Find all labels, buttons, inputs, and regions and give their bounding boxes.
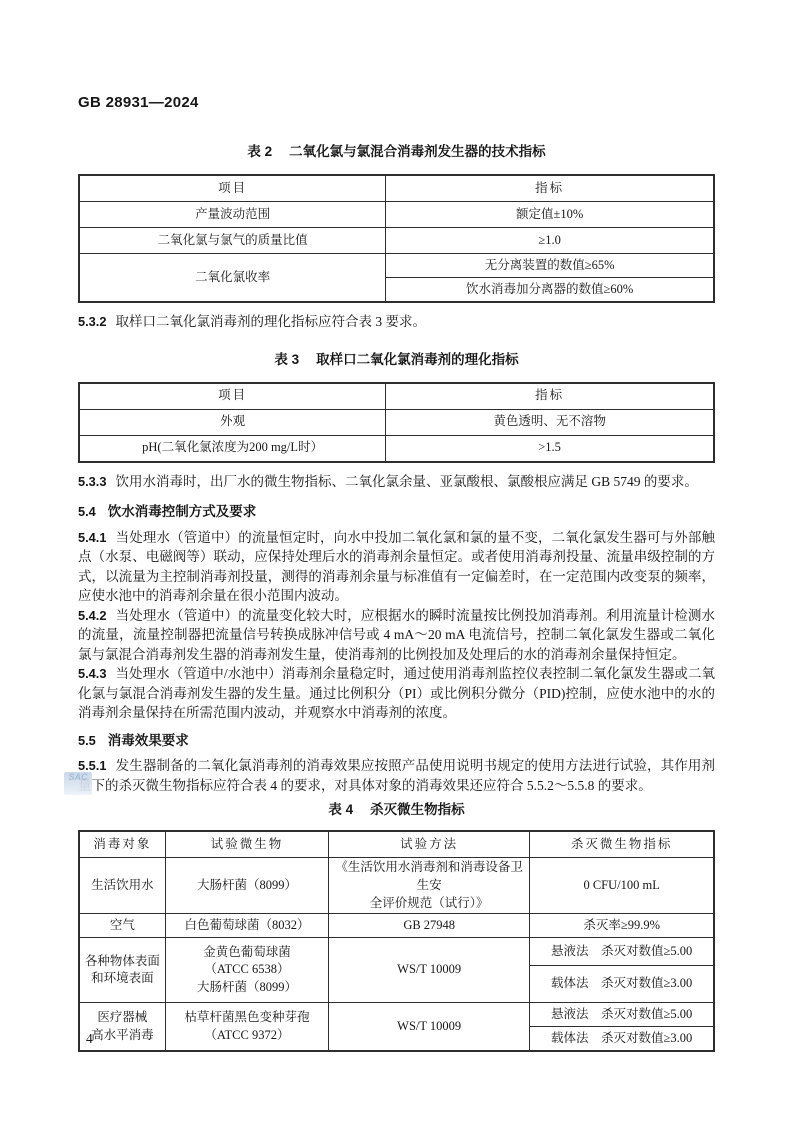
clause-5-4-3: 5.4.3当处理水（管道中/水池中）消毒剂余量稳定时，通过使用消毒剂监控仪表控制… [78, 664, 715, 723]
table-cell: 大肠杆菌（8099） [165, 858, 328, 914]
standard-number: GB 28931—2024 [78, 94, 715, 111]
document-page: GB 28931—2024 表 2二氧化氯与氯混合消毒剂发生器的技术指标 项目 … [0, 0, 794, 1123]
clause-number: 5.4.2 [78, 608, 106, 623]
table-cell: >1.5 [386, 435, 714, 462]
clause-number: 5.4 [78, 504, 96, 519]
clause-number: 5.4.1 [78, 530, 106, 545]
table4-caption-title: 杀灭微生物指标 [370, 802, 465, 817]
table3-header-item: 项目 [79, 383, 386, 410]
clause-text: 饮用水消毒时，出厂水的微生物指标、二氧化氯余量、亚氯酸根、氯酸根应满足 GB 5… [115, 474, 697, 489]
table-cell: 0 CFU/100 mL [530, 858, 714, 914]
table-cell: GB 27948 [329, 914, 530, 938]
clause-5-4-1: 5.4.1当处理水（管道中）的流量恒定时，向水中投加二氧化氯和氯的量不变，二氧化… [78, 528, 715, 606]
clause-number: 5.5.1 [78, 758, 106, 773]
table-cell: 黄色透明、无不溶物 [386, 409, 714, 435]
table-cell: 无分离装置的数值≥65% [386, 254, 714, 278]
table-cell: 悬液法 杀灭对数值≥5.00 [530, 1003, 714, 1027]
clause-number: 5.4.3 [78, 666, 106, 681]
clause-title: 饮水消毒控制方式及要求 [108, 504, 257, 519]
table-cell: 饮水消毒加分离器的数值≥60% [386, 278, 714, 303]
table-row: 空气 白色葡萄球菌（8032） GB 27948 杀灭率≥99.9% [79, 914, 714, 938]
clause-text: 当处理水（管道中/水池中）消毒剂余量稳定时，通过使用消毒剂监控仪表控制二氧化氯发… [78, 666, 715, 720]
table-cell: 各种物体表面 和环境表面 [79, 938, 165, 1003]
table3-header-indicator: 指标 [386, 383, 714, 410]
table-cell: 额定值±10% [386, 202, 714, 228]
table-3: 项目 指标 外观 黄色透明、无不溶物 pH(二氧化氯浓度为200 mg/L时） … [78, 382, 715, 463]
table4-header-target: 消毒对象 [79, 831, 165, 858]
table4-header-method: 试验方法 [329, 831, 530, 858]
table-row: 外观 黄色透明、无不溶物 [79, 409, 714, 435]
table2-header-indicator: 指标 [386, 175, 714, 202]
table-4: 消毒对象 试验微生物 试验方法 杀灭微生物指标 生活饮用水 大肠杆菌（8099）… [78, 830, 715, 1052]
table-row: pH(二氧化氯浓度为200 mg/L时） >1.5 [79, 435, 714, 462]
clause-number: 5.3.2 [78, 314, 106, 329]
table3-caption: 表 3取样口二氧化氯消毒剂的理化指标 [78, 348, 715, 368]
clause-text: 当处理水（管道中）的流量变化较大时，应根据水的瞬时流量按比例投加消毒剂。利用流量… [78, 608, 715, 662]
table-cell: 枯草杆菌黑色变种芽孢 （ATCC 9372） [165, 1003, 328, 1052]
table3-caption-title: 取样口二氧化氯消毒剂的理化指标 [316, 352, 519, 367]
sac-watermark-logo: SAC [64, 772, 92, 795]
table4-header-microbe: 试验微生物 [165, 831, 328, 858]
table-row: 二氧化氯与氯气的质量比值 ≥1.0 [79, 228, 714, 254]
clause-5-5-heading: 5.5消毒效果要求 [78, 731, 715, 751]
table-cell: 空气 [79, 914, 165, 938]
table-cell: 二氧化氯与氯气的质量比值 [79, 228, 386, 254]
table2-caption-title: 二氧化氯与氯混合消毒剂发生器的技术指标 [289, 144, 546, 159]
table-cell: 载体法 杀灭对数值≥3.00 [530, 966, 714, 1003]
table-cell: 二氧化氯收率 [79, 254, 386, 303]
table-cell: ≥1.0 [386, 228, 714, 254]
table3-caption-label: 表 3 [274, 352, 299, 367]
clause-5-3-3: 5.3.3饮用水消毒时，出厂水的微生物指标、二氧化氯余量、亚氯酸根、氯酸根应满足… [78, 472, 715, 492]
clause-5-5-1: 5.5.1发生器制备的二氧化氯消毒剂的消毒效果应按照产品使用说明书规定的使用方法… [78, 756, 715, 795]
clause-number: 5.5 [78, 733, 96, 748]
table-cell: 金黄色葡萄球菌 （ATCC 6538） 大肠杆菌（8099） [165, 938, 328, 1003]
table-cell: 《生活饮用水消毒剂和消毒设备卫生安 全评价规范（试行）》 [329, 858, 530, 914]
table-cell: 载体法 杀灭对数值≥3.00 [530, 1027, 714, 1052]
table2-caption: 表 2二氧化氯与氯混合消毒剂发生器的技术指标 [78, 140, 715, 160]
table-cell: pH(二氧化氯浓度为200 mg/L时） [79, 435, 386, 462]
table-row: 产量波动范围 额定值±10% [79, 202, 714, 228]
table-cell: 悬液法 杀灭对数值≥5.00 [530, 938, 714, 966]
table-cell: 杀灭率≥99.9% [530, 914, 714, 938]
table-cell: 产量波动范围 [79, 202, 386, 228]
table2-caption-label: 表 2 [247, 144, 272, 159]
clause-5-4-heading: 5.4饮水消毒控制方式及要求 [78, 502, 715, 522]
clause-number: 5.3.3 [78, 474, 106, 489]
clause-text: 发生器制备的二氧化氯消毒剂的消毒效果应按照产品使用说明书规定的使用方法进行试验，… [78, 758, 715, 793]
table-row: 二氧化氯收率 无分离装置的数值≥65% [79, 254, 714, 278]
clause-5-3-2: 5.3.2取样口二氧化氯消毒剂的理化指标应符合表 3 要求。 [78, 312, 715, 332]
table-cell: WS/T 10009 [329, 938, 530, 1003]
table-row: 医疗器械 高水平消毒 枯草杆菌黑色变种芽孢 （ATCC 9372） WS/T 1… [79, 1003, 714, 1027]
page-content: GB 28931—2024 表 2二氧化氯与氯混合消毒剂发生器的技术指标 项目 … [78, 94, 715, 1052]
clause-title: 消毒效果要求 [108, 733, 189, 748]
table-cell: 白色葡萄球菌（8032） [165, 914, 328, 938]
page-number: 4 [86, 1031, 93, 1047]
table-row: 各种物体表面 和环境表面 金黄色葡萄球菌 （ATCC 6538） 大肠杆菌（80… [79, 938, 714, 966]
table-cell: 生活饮用水 [79, 858, 165, 914]
table4-caption-label: 表 4 [328, 802, 353, 817]
clause-5-4-2: 5.4.2当处理水（管道中）的流量变化较大时，应根据水的瞬时流量按比例投加消毒剂… [78, 606, 715, 665]
table-2: 项目 指标 产量波动范围 额定值±10% 二氧化氯与氯气的质量比值 ≥1.0 二… [78, 174, 715, 303]
clause-text: 当处理水（管道中）的流量恒定时，向水中投加二氧化氯和氯的量不变，二氧化氯发生器可… [78, 530, 715, 604]
table-cell: WS/T 10009 [329, 1003, 530, 1052]
table4-header-indicator: 杀灭微生物指标 [530, 831, 714, 858]
clause-text: 取样口二氧化氯消毒剂的理化指标应符合表 3 要求。 [115, 314, 426, 329]
table2-header-item: 项目 [79, 175, 386, 202]
table-row: 生活饮用水 大肠杆菌（8099） 《生活饮用水消毒剂和消毒设备卫生安 全评价规范… [79, 858, 714, 914]
table4-caption: 表 4杀灭微生物指标 [78, 798, 715, 818]
table-cell: 外观 [79, 409, 386, 435]
